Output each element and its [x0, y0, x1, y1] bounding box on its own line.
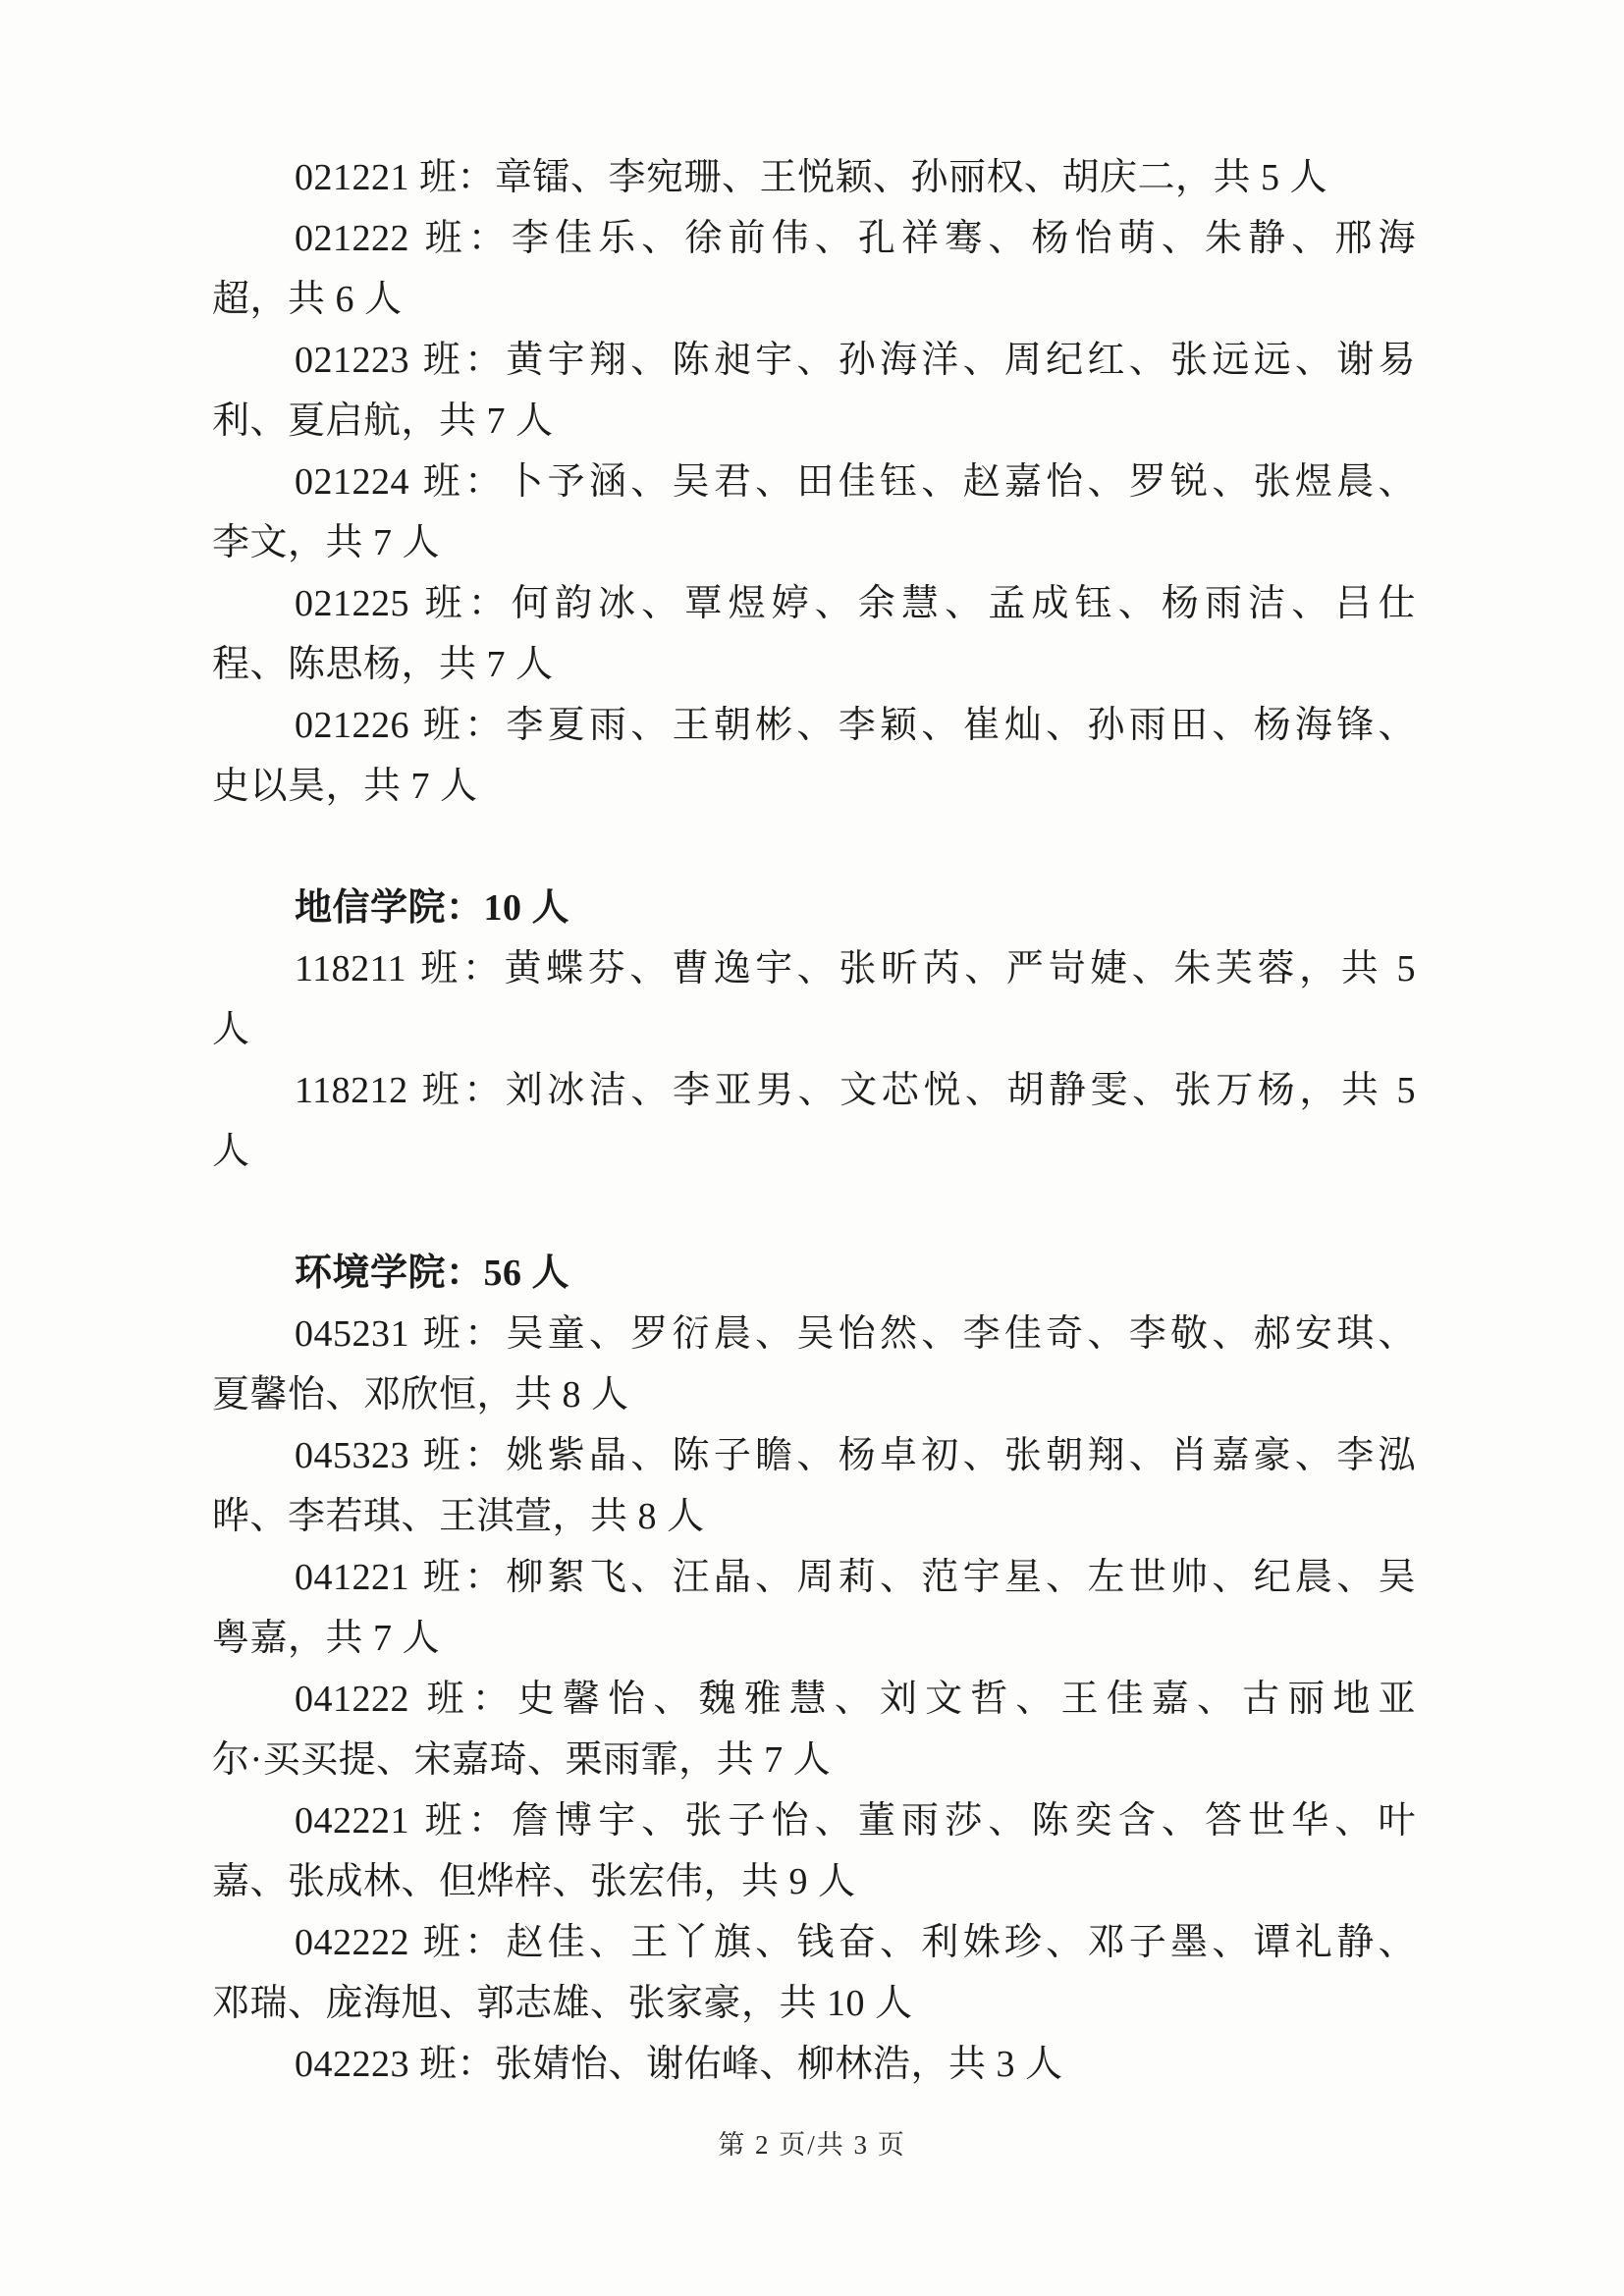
text-line: 嘉、张成林、但烨梓、张宏伟，共 9 人 [212, 1851, 1416, 1912]
text-line: 人 [212, 1121, 1416, 1182]
text-line: 045231 班：吴童、罗衍晨、吴怡然、李佳奇、李敬、郝安琪、 [212, 1304, 1416, 1364]
text-line: 超，共 6 人 [212, 269, 1416, 330]
text-line: 041221 班：柳絮飞、汪晶、周莉、范宇星、左世帅、纪晨、吴 [212, 1547, 1416, 1608]
text-line: 晔、李若琪、王淇萱，共 8 人 [212, 1486, 1416, 1547]
text-line: 尔·买买提、宋嘉琦、栗雨霏，共 7 人 [212, 1730, 1416, 1790]
text-line: 利、夏启航，共 7 人 [212, 391, 1416, 452]
blank-line [212, 817, 1416, 878]
text-line: 045323 班：姚紫晶、陈子瞻、杨卓初、张朝翔、肖嘉豪、李泓 [212, 1425, 1416, 1486]
text-line: 021224 班：卜予涵、吴君、田佳钰、赵嘉怡、罗锐、张煜晨、 [212, 452, 1416, 512]
text-line: 021226 班：李夏雨、王朝彬、李颖、崔灿、孙雨田、杨海锋、 [212, 695, 1416, 756]
text-line: 李文，共 7 人 [212, 512, 1416, 573]
text-line: 041222 班：史馨怡、魏雅慧、刘文哲、王佳嘉、古丽地亚 [212, 1669, 1416, 1730]
text-line: 粤嘉，共 7 人 [212, 1608, 1416, 1669]
text-line: 042221 班：詹博宇、张子怡、董雨莎、陈奕含、答世华、叶 [212, 1790, 1416, 1851]
text-line: 021223 班：黄宇翔、陈昶宇、孙海洋、周纪红、张远远、谢易 [212, 330, 1416, 391]
text-line: 夏馨怡、邓欣恒，共 8 人 [212, 1364, 1416, 1425]
text-line: 021222 班：李佳乐、徐前伟、孔祥骞、杨怡萌、朱静、邢海 [212, 208, 1416, 269]
text-line: 人 [212, 999, 1416, 1060]
college-header: 地信学院：10 人 [212, 878, 1416, 938]
college-header: 环境学院：56 人 [212, 1243, 1416, 1304]
text-line: 042223 班：张婧怡、谢佑峰、柳林浩，共 3 人 [212, 2034, 1416, 2095]
text-line: 118212 班：刘冰洁、李亚男、文芯悦、胡静雯、张万杨，共 5 [212, 1060, 1416, 1121]
text-line: 021221 班：章镭、李宛珊、王悦颖、孙丽权、胡庆二，共 5 人 [212, 147, 1416, 208]
document-body: 021221 班：章镭、李宛珊、王悦颖、孙丽权、胡庆二，共 5 人021222 … [212, 147, 1416, 2095]
text-line: 118211 班：黄蝶芬、曹逸宇、张昕芮、严岢婕、朱芙蓉，共 5 [212, 938, 1416, 999]
text-line: 042222 班：赵佳、王丫旗、钱奋、利姝珍、邓子墨、谭礼静、 [212, 1912, 1416, 1973]
text-line: 邓瑞、庞海旭、郭志雄、张家豪，共 10 人 [212, 1973, 1416, 2034]
document-page: 021221 班：章镭、李宛珊、王悦颖、孙丽权、胡庆二，共 5 人021222 … [0, 0, 1624, 2296]
text-line: 021225 班：何韵冰、覃煜婷、余慧、孟成钰、杨雨洁、吕仕 [212, 573, 1416, 634]
page-footer: 第 2 页/共 3 页 [0, 2123, 1624, 2162]
text-line: 史以昊，共 7 人 [212, 756, 1416, 817]
text-line: 程、陈思杨，共 7 人 [212, 634, 1416, 695]
blank-line [212, 1182, 1416, 1243]
